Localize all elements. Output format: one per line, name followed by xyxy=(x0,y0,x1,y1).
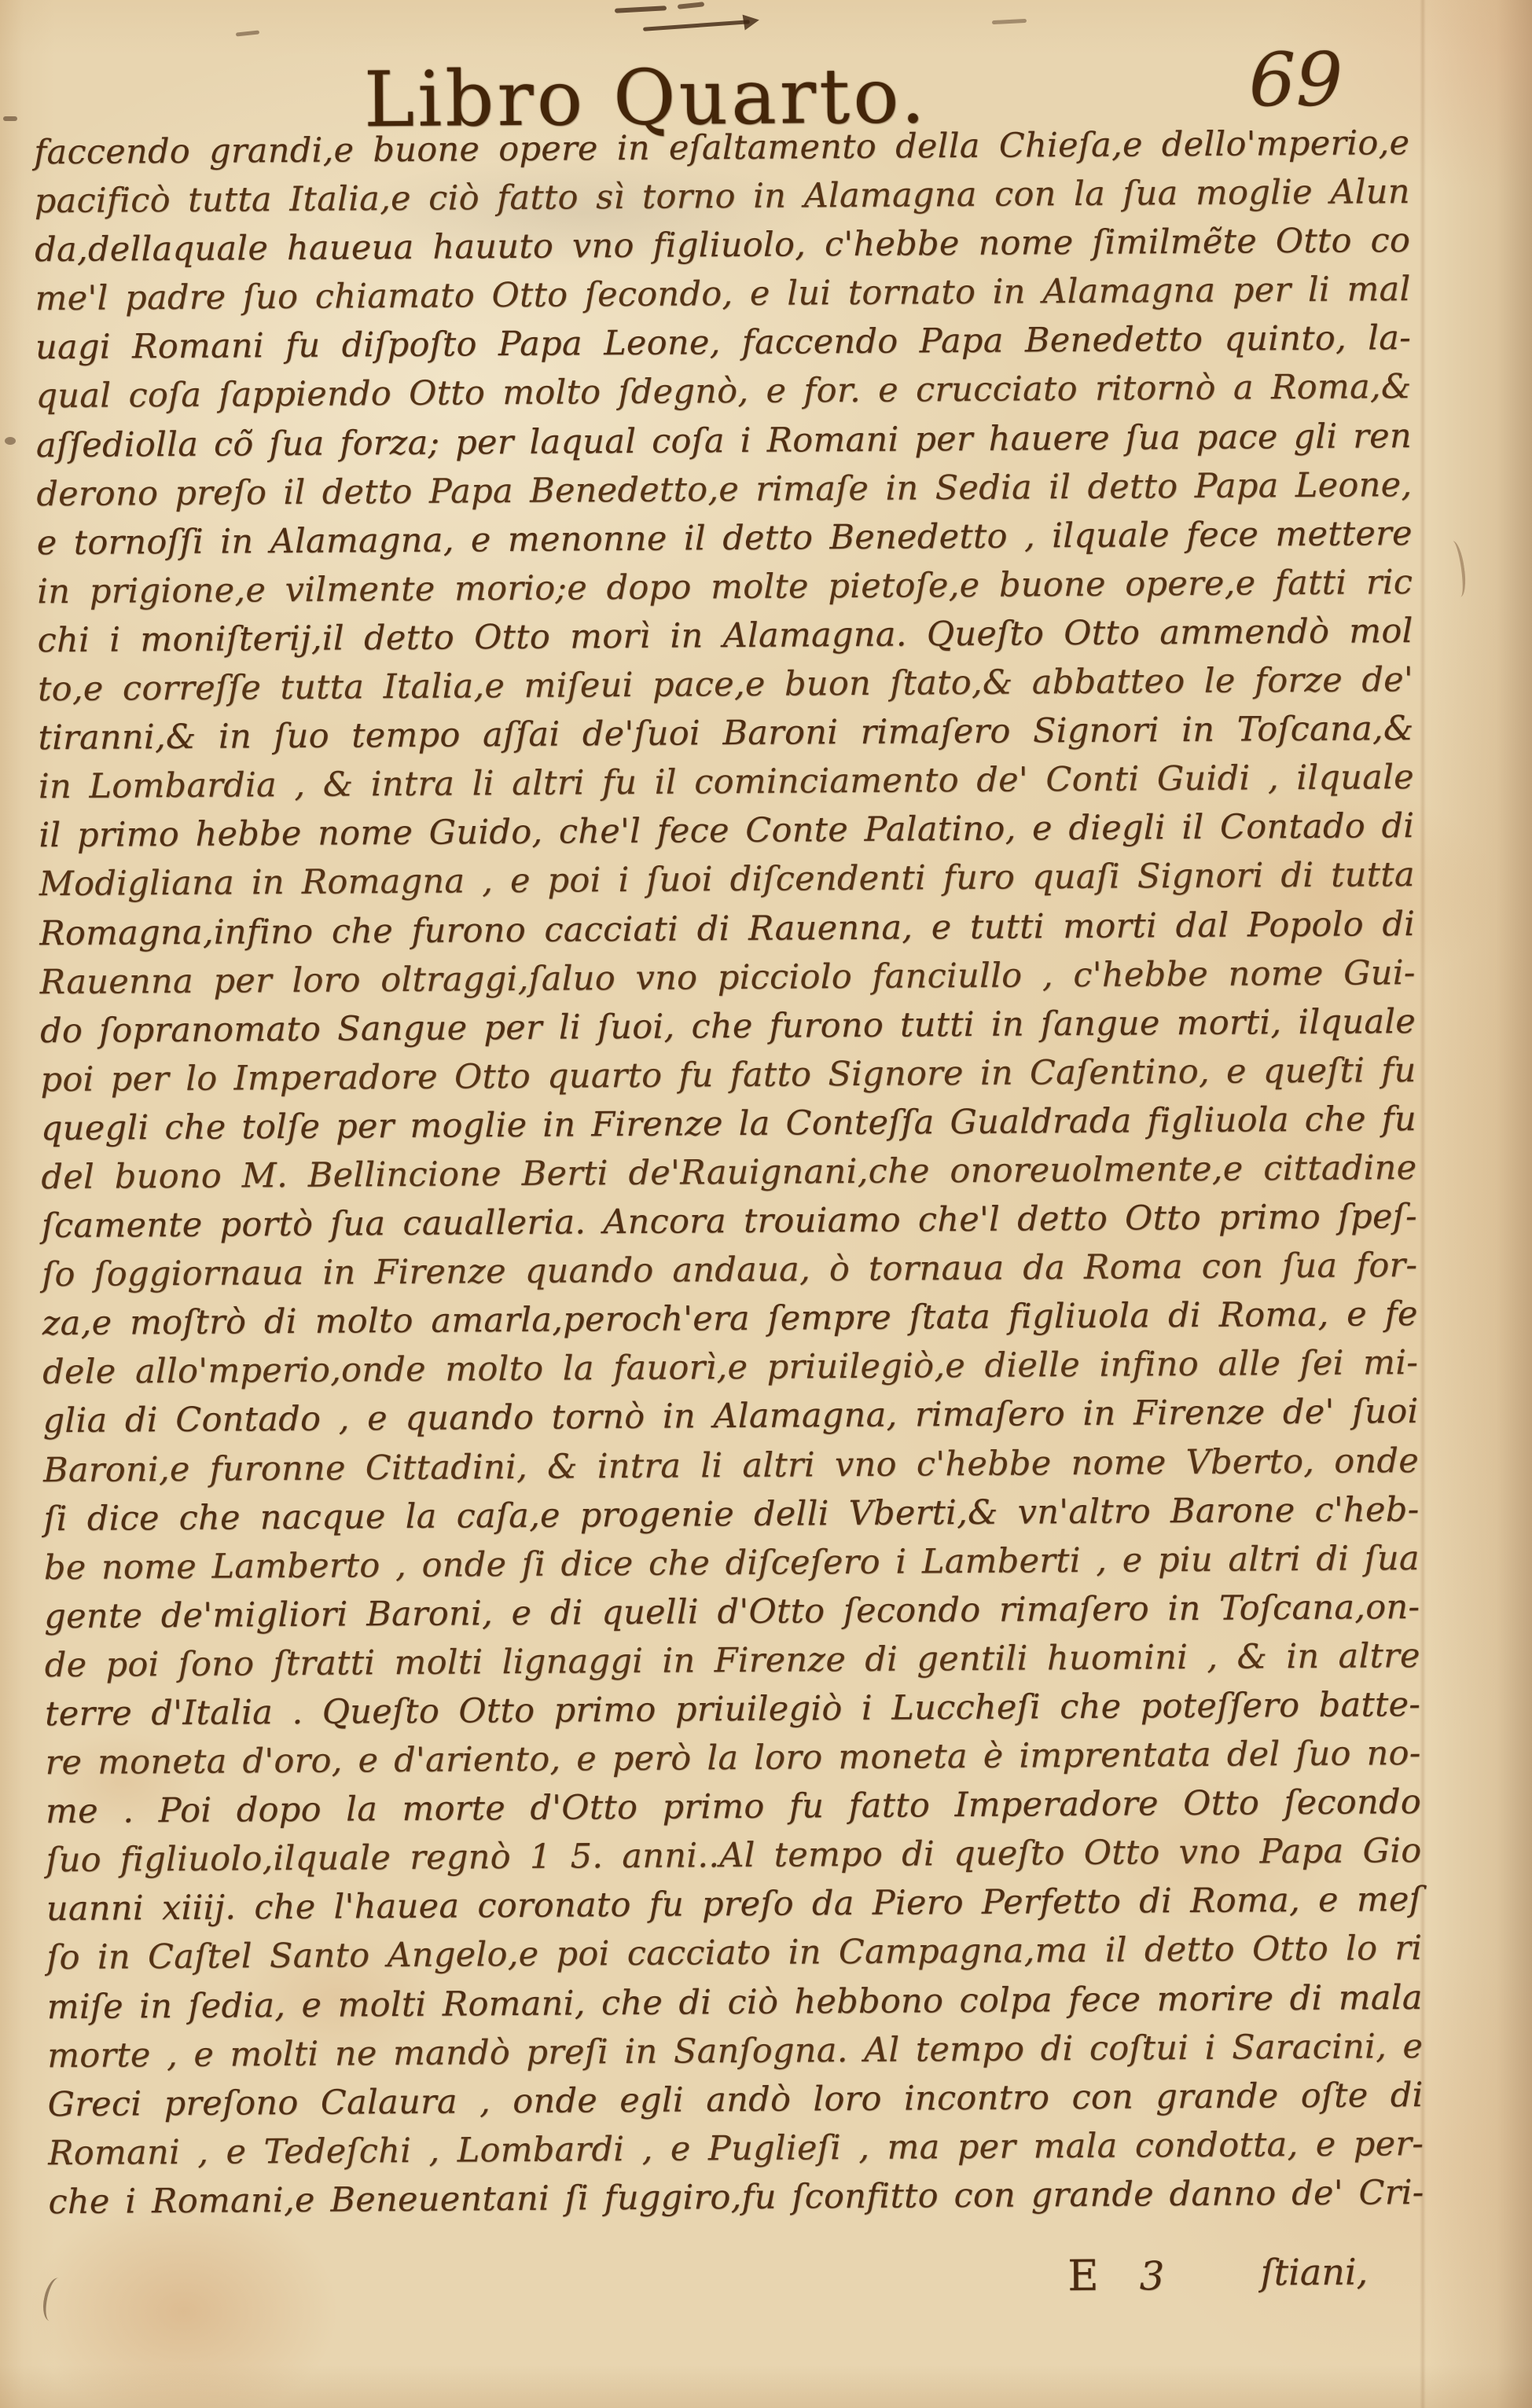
signature-number: 3 xyxy=(1139,2253,1164,2299)
text-line: qual coſa ſappiendo Otto molto ſdegnò, e… xyxy=(35,362,1411,420)
book-page-scan: Libro Quarto. 69 faccendo grandi,e buone… xyxy=(0,0,1532,2408)
text-line: ſo in Caſtel Santo Angelo,e poi cacciato… xyxy=(46,1924,1422,1982)
text-line: derono preſo il detto Papa Benedetto,e r… xyxy=(36,461,1412,519)
page-number: 69 xyxy=(1248,38,1343,124)
text-line: miſe in ſedia, e molti Romani, che di ci… xyxy=(47,1973,1423,2031)
signature-mark: E3 xyxy=(1067,2250,1165,2300)
body-text: faccendo grandi,e buone opere in eſaltam… xyxy=(34,119,1424,2226)
signature-letter: E xyxy=(1067,2251,1099,2300)
text-line: glia di Contado , e quando tornò in Alam… xyxy=(42,1387,1418,1445)
text-line: aſſediolla cõ ſua forza; per laqual coſa… xyxy=(36,412,1412,470)
catchword: ſtiani, xyxy=(1226,2250,1368,2293)
text-line: Baroni,e furonne Cittadini, & intra li a… xyxy=(43,1436,1419,1494)
text-line: Rauenna per loro oltraggi,ſaluo vno picc… xyxy=(39,949,1415,1007)
text-line: che i Romani,e Beneuentani ſi fuggiro,fu… xyxy=(48,2168,1424,2226)
page-content: Libro Quarto. 69 faccendo grandi,e buone… xyxy=(0,0,1532,2408)
text-line: Romagna,infino che furono cacciati di Ra… xyxy=(39,899,1415,957)
text-line: morte , e molti ne mandò preſi in Sanſog… xyxy=(47,2022,1423,2080)
text-line: ſi dice che nacque la caſa,e progenie de… xyxy=(43,1485,1419,1544)
text-line: Modigliana in Romagna , e poi i ſuoi diſ… xyxy=(39,850,1415,909)
